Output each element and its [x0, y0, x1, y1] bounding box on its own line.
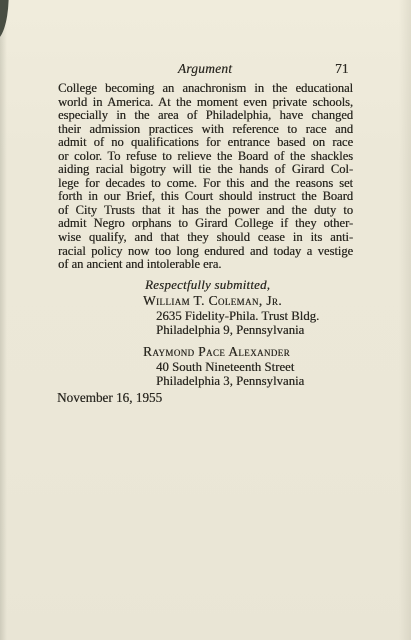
- address-line: Philadelphia 9, Pennsylvania: [143, 323, 319, 338]
- body-paragraph: College becoming an anachronism in the e…: [58, 82, 353, 272]
- address-line: 2635 Fidelity-Phila. Trust Bldg.: [143, 309, 319, 324]
- body-line: aiding racial bigotry will tie the hands…: [58, 163, 353, 177]
- address-line: Philadelphia 3, Pennsylvania: [143, 374, 304, 389]
- body-line: especially in the area of Philadelphia, …: [58, 109, 353, 123]
- body-line: wise qualify, and that they should cease…: [58, 231, 353, 245]
- body-line: College becoming an anachronism in the e…: [58, 82, 353, 96]
- signature-block: Raymond Pace Alexander 40 South Nineteen…: [143, 345, 304, 389]
- body-line: of City Trusts that it has the power and…: [58, 204, 353, 218]
- body-line: lege for decades to come. For this and t…: [58, 177, 353, 191]
- body-line: admit of no qualifications for entrance …: [58, 136, 353, 150]
- page-number: 71: [335, 61, 349, 77]
- body-line: forth in our Brief, this Court should in…: [58, 190, 353, 204]
- scanned-page: Argument 71 College becoming an anachron…: [0, 0, 411, 640]
- address-line: 40 South Nineteenth Street: [143, 360, 304, 375]
- body-line: their admission practices with reference…: [58, 123, 353, 137]
- body-line: racial policy now too long endured and t…: [58, 245, 353, 259]
- closing-salutation: Respectfully submitted,: [145, 277, 270, 293]
- body-line: of an ancient and intolerable era.: [58, 258, 353, 272]
- body-line: or color. To refuse to relieve the Board…: [58, 150, 353, 164]
- signature-block: William T. Coleman, Jr. 2635 Fidelity-Ph…: [143, 294, 319, 338]
- running-header: Argument 71: [58, 61, 352, 77]
- signatory-name: William T. Coleman, Jr.: [143, 294, 319, 309]
- page-corner-artifact: [0, 0, 9, 40]
- running-header-title: Argument: [58, 61, 352, 77]
- signatory-name: Raymond Pace Alexander: [143, 345, 304, 360]
- date-line: November 16, 1955: [57, 390, 162, 406]
- body-line: world in America. At the moment even pri…: [58, 96, 353, 110]
- body-line: admit Negro orphans to Girard College if…: [58, 217, 353, 231]
